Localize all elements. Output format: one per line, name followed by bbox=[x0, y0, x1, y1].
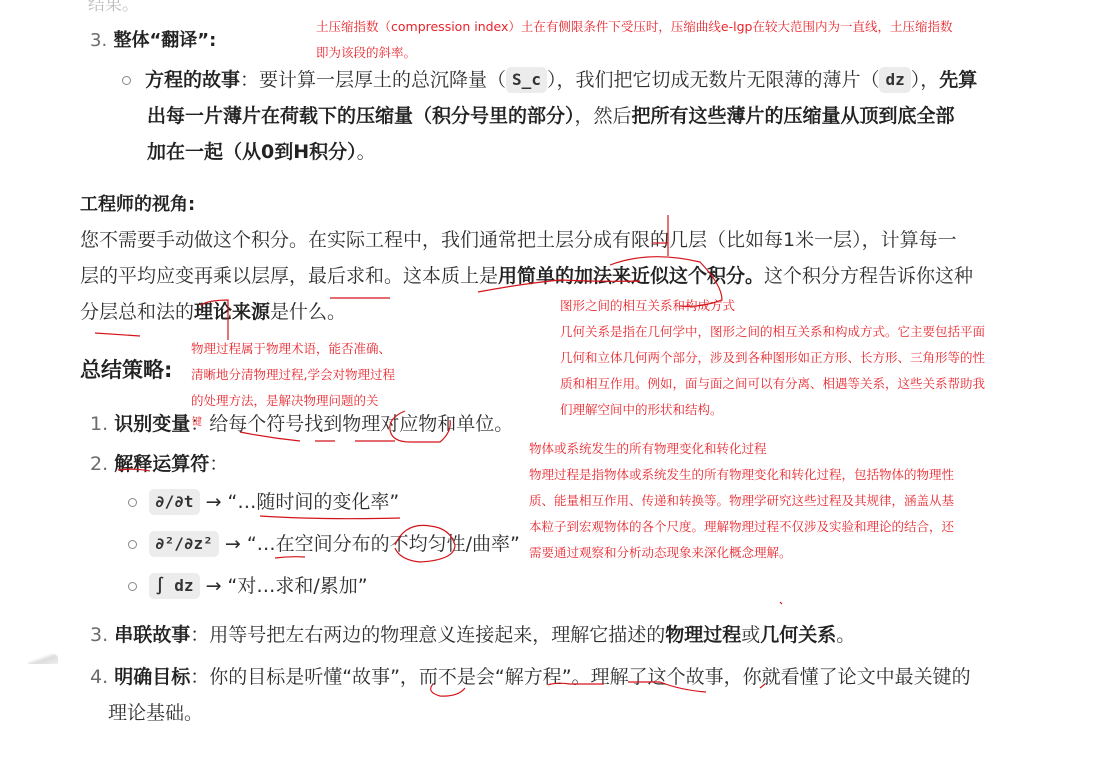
text: 或 bbox=[741, 624, 760, 646]
code-operator: ∫ dz bbox=[149, 573, 200, 599]
previous-text-fragment: 结果。 bbox=[88, 0, 139, 15]
text: 是什么。 bbox=[270, 301, 346, 323]
annotation-line: 们理解空间中的形状和结构。 bbox=[560, 397, 985, 423]
text: 。 bbox=[357, 141, 376, 163]
bold-text: 理论来源 bbox=[194, 301, 270, 323]
annotation-physics-process: 物体或系统发生的所有物理变化和转化过程 物理过程是指物体或系统发生的所有物理变化… bbox=[529, 436, 954, 566]
annotation-line: 质和相互作用。例如，面与面之间可以有分离、相遇等关系，这些关系帮助我 bbox=[560, 371, 985, 397]
code-operator: ∂²/∂z² bbox=[149, 531, 219, 557]
code-operator: ∂/∂t bbox=[149, 489, 200, 515]
item-label: 识别变量 bbox=[114, 413, 190, 435]
annotation-physics-term-tail: 键 bbox=[192, 410, 202, 436]
summary-strategy-heading: 总结策略: bbox=[80, 354, 172, 384]
bold-text: 物理过程 bbox=[665, 624, 741, 646]
section-3-heading: 3. 整体“翻译”: bbox=[90, 26, 216, 52]
item-text: 给每个符号找到物理对应物和单位。 bbox=[209, 413, 513, 435]
list-number: 3. bbox=[90, 30, 107, 51]
annotation-line: 即为该段的斜率。 bbox=[316, 40, 952, 66]
item-label: 明确目标 bbox=[114, 666, 190, 688]
item-label: 串联故事 bbox=[114, 624, 190, 646]
summary-item-2: 2. 解释运算符： bbox=[90, 446, 228, 482]
operator-item-time-derivative: ∂/∂t → “…随时间的变化率” bbox=[128, 484, 399, 520]
bold-text: 先算 bbox=[939, 69, 977, 91]
annotation-geometry-relation: 图形之间的相互关系和构成方式 几何关系是指在几何学中，图形之间的相互关系和构成方… bbox=[560, 293, 985, 423]
annotation-line: 物理过程属于物理术语，能否准确、 bbox=[191, 336, 395, 362]
annotation-line: 本粒子到宏观物体的各个尺度。理解物理过程不仅涉及实验和理论的结合，还 bbox=[529, 514, 954, 540]
separator: ： bbox=[209, 453, 228, 475]
engineer-perspective-heading: 工程师的视角: bbox=[80, 190, 195, 216]
annotation-line: 需要通过观察和分析动态现象来深化概念理解。 bbox=[529, 540, 954, 566]
text: ，然后 bbox=[575, 105, 632, 127]
arrow-icon: → bbox=[206, 491, 222, 513]
annotation-compression-index: 土压缩指数（compression index）土在有侧限条件下受压时，压缩曲线… bbox=[316, 14, 952, 66]
bullet-circle-icon bbox=[128, 540, 137, 549]
equation-story-line-3: 加在一起（从0到H积分）。 bbox=[147, 134, 376, 170]
text: 层的平均应变再乘以层厚，最后求和。这本质上是 bbox=[80, 265, 498, 287]
operator-item-integral: ∫ dz → “对…求和/累加” bbox=[128, 568, 368, 604]
annotation-line: 土压缩指数（compression index）土在有侧限条件下受压时，压缩曲线… bbox=[316, 14, 952, 40]
summary-item-4: 4. 明确目标：你的目标是听懂“故事”，而不是会“解方程”。理解了这个故事，你就… bbox=[90, 659, 971, 695]
scroll-marker-decoration bbox=[28, 652, 58, 664]
arrow-icon: → bbox=[206, 575, 222, 597]
annotation-title: 图形之间的相互关系和构成方式 bbox=[560, 293, 985, 319]
engineer-paragraph-line-1: 您不需要手动做这个积分。在实际工程中，我们通常把土层分成有限的几层（比如每1米一… bbox=[80, 222, 957, 258]
bullet-circle-icon bbox=[128, 498, 137, 507]
engineer-paragraph-line-2: 层的平均应变再乘以层厚，最后求和。这本质上是用简单的加法来近似这个积分。这个积分… bbox=[80, 258, 973, 294]
bold-text: 出每一片薄片在荷载下的压缩量（积分号里的部分） bbox=[147, 105, 575, 127]
annotation-line: 质、能量相互作用、传递和转换等。物理学研究这些过程及其规律，涵盖从基 bbox=[529, 488, 954, 514]
operator-item-second-derivative: ∂²/∂z² → “…在空间分布的不均匀性/曲率” bbox=[128, 526, 520, 562]
text: ）， bbox=[911, 69, 940, 91]
text: 要计算一层厚土的总沉降量（ bbox=[259, 69, 506, 91]
summary-item-4-line-2: 理论基础。 bbox=[108, 695, 203, 731]
annotation-line: 清晰地分清物理过程,学会对物理过程 bbox=[191, 362, 395, 388]
operator-meaning: “…随时间的变化率” bbox=[228, 491, 400, 513]
separator: ： bbox=[240, 69, 259, 91]
annotation-physics-term: 物理过程属于物理术语，能否准确、 清晰地分清物理过程,学会对物理过程 的处理方法… bbox=[191, 336, 395, 414]
annotation-line: 几何关系是指在几何学中，图形之间的相互关系和构成方式。它主要包括平面 bbox=[560, 319, 985, 345]
bold-text: 把所有这些薄片的压缩量从顶到底全部 bbox=[632, 105, 955, 127]
annotation-line: 几何和立体几何两个部分，涉及到各种图形如正方形、长方形、三角形等的性 bbox=[560, 345, 985, 371]
equation-story-line-2: 出每一片薄片在荷载下的压缩量（积分号里的部分），然后把所有这些薄片的压缩量从顶到… bbox=[147, 98, 955, 134]
bullet-circle-icon bbox=[122, 76, 131, 85]
bold-text: 几何关系 bbox=[760, 624, 836, 646]
item-label: 解释运算符 bbox=[114, 453, 209, 475]
item-text: 用等号把左右两边的物理意义连接起来，理解它描述的 bbox=[209, 624, 665, 646]
engineer-paragraph-line-3: 分层总和法的理论来源是什么。 bbox=[80, 294, 346, 330]
code-dz: dz bbox=[879, 67, 910, 93]
separator: ： bbox=[190, 666, 209, 688]
bold-text: 用简单的加法来近似这个积分。 bbox=[498, 265, 764, 287]
item-text: 你的目标是听懂“故事”，而不是会“解方程”。理解了这个故事，你就看懂了论文中最关… bbox=[209, 666, 970, 688]
operator-meaning: “对…求和/累加” bbox=[228, 575, 368, 597]
text: ），我们把它切成无数片无限薄的薄片（ bbox=[547, 69, 880, 91]
annotation-line: 的处理方法，是解决物理问题的关 bbox=[191, 388, 395, 414]
arrow-icon: → bbox=[225, 533, 241, 555]
code-s-c: S_c bbox=[506, 67, 547, 93]
bold-text: 加在一起（从0到H积分） bbox=[147, 141, 357, 163]
list-number: 2. bbox=[90, 453, 108, 475]
text: 这个积分方程告诉你这种 bbox=[764, 265, 973, 287]
section-3-title: 整体“翻译”: bbox=[113, 30, 216, 51]
text: 分层总和法的 bbox=[80, 301, 194, 323]
summary-item-3: 3. 串联故事：用等号把左右两边的物理意义连接起来，理解它描述的物理过程或几何关… bbox=[90, 617, 855, 653]
list-number: 4. bbox=[90, 666, 108, 688]
list-number: 1. bbox=[90, 413, 108, 435]
list-number: 3. bbox=[90, 624, 108, 646]
annotation-line: 物理过程是指物体或系统发生的所有物理变化和转化过程，包括物体的物理性 bbox=[529, 462, 954, 488]
bullet-circle-icon bbox=[128, 582, 137, 591]
operator-meaning: “…在空间分布的不均匀性/曲率” bbox=[247, 533, 520, 555]
equation-story-label: 方程的故事 bbox=[145, 69, 240, 91]
annotation-title: 物体或系统发生的所有物理变化和转化过程 bbox=[529, 436, 954, 462]
text: 。 bbox=[836, 624, 855, 646]
separator: ： bbox=[190, 624, 209, 646]
equation-story-item: 方程的故事：要计算一层厚土的总沉降量（S_c），我们把它切成无数片无限薄的薄片（… bbox=[122, 62, 977, 98]
